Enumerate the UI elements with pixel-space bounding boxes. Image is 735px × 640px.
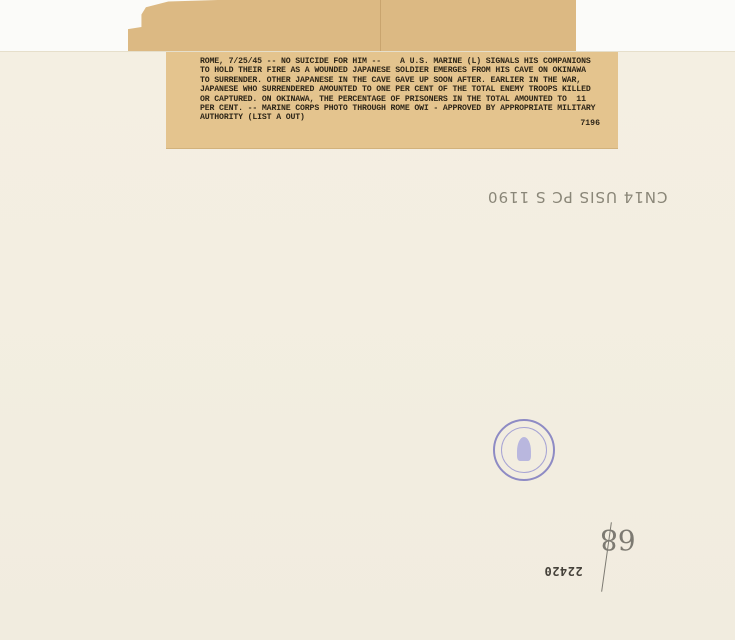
bell-shaped-emblem-icon xyxy=(517,437,531,461)
caption-label: ROME, 7/25/45 -- NO SUICIDE FOR HIM -- A… xyxy=(166,52,618,148)
handwritten-archive-note: CN14 USIS PC S 1190 xyxy=(487,188,668,206)
archive-stamp xyxy=(493,419,555,481)
caption-text: ROME, 7/25/45 -- NO SUICIDE FOR HIM -- A… xyxy=(200,57,612,123)
pencil-number-mark: 68 xyxy=(600,523,636,556)
tab-crease xyxy=(380,0,381,52)
torn-paper-tab xyxy=(128,0,576,52)
stamped-inventory-number: 22420 xyxy=(544,564,583,578)
caption-reference-number: 7196 xyxy=(580,119,600,128)
